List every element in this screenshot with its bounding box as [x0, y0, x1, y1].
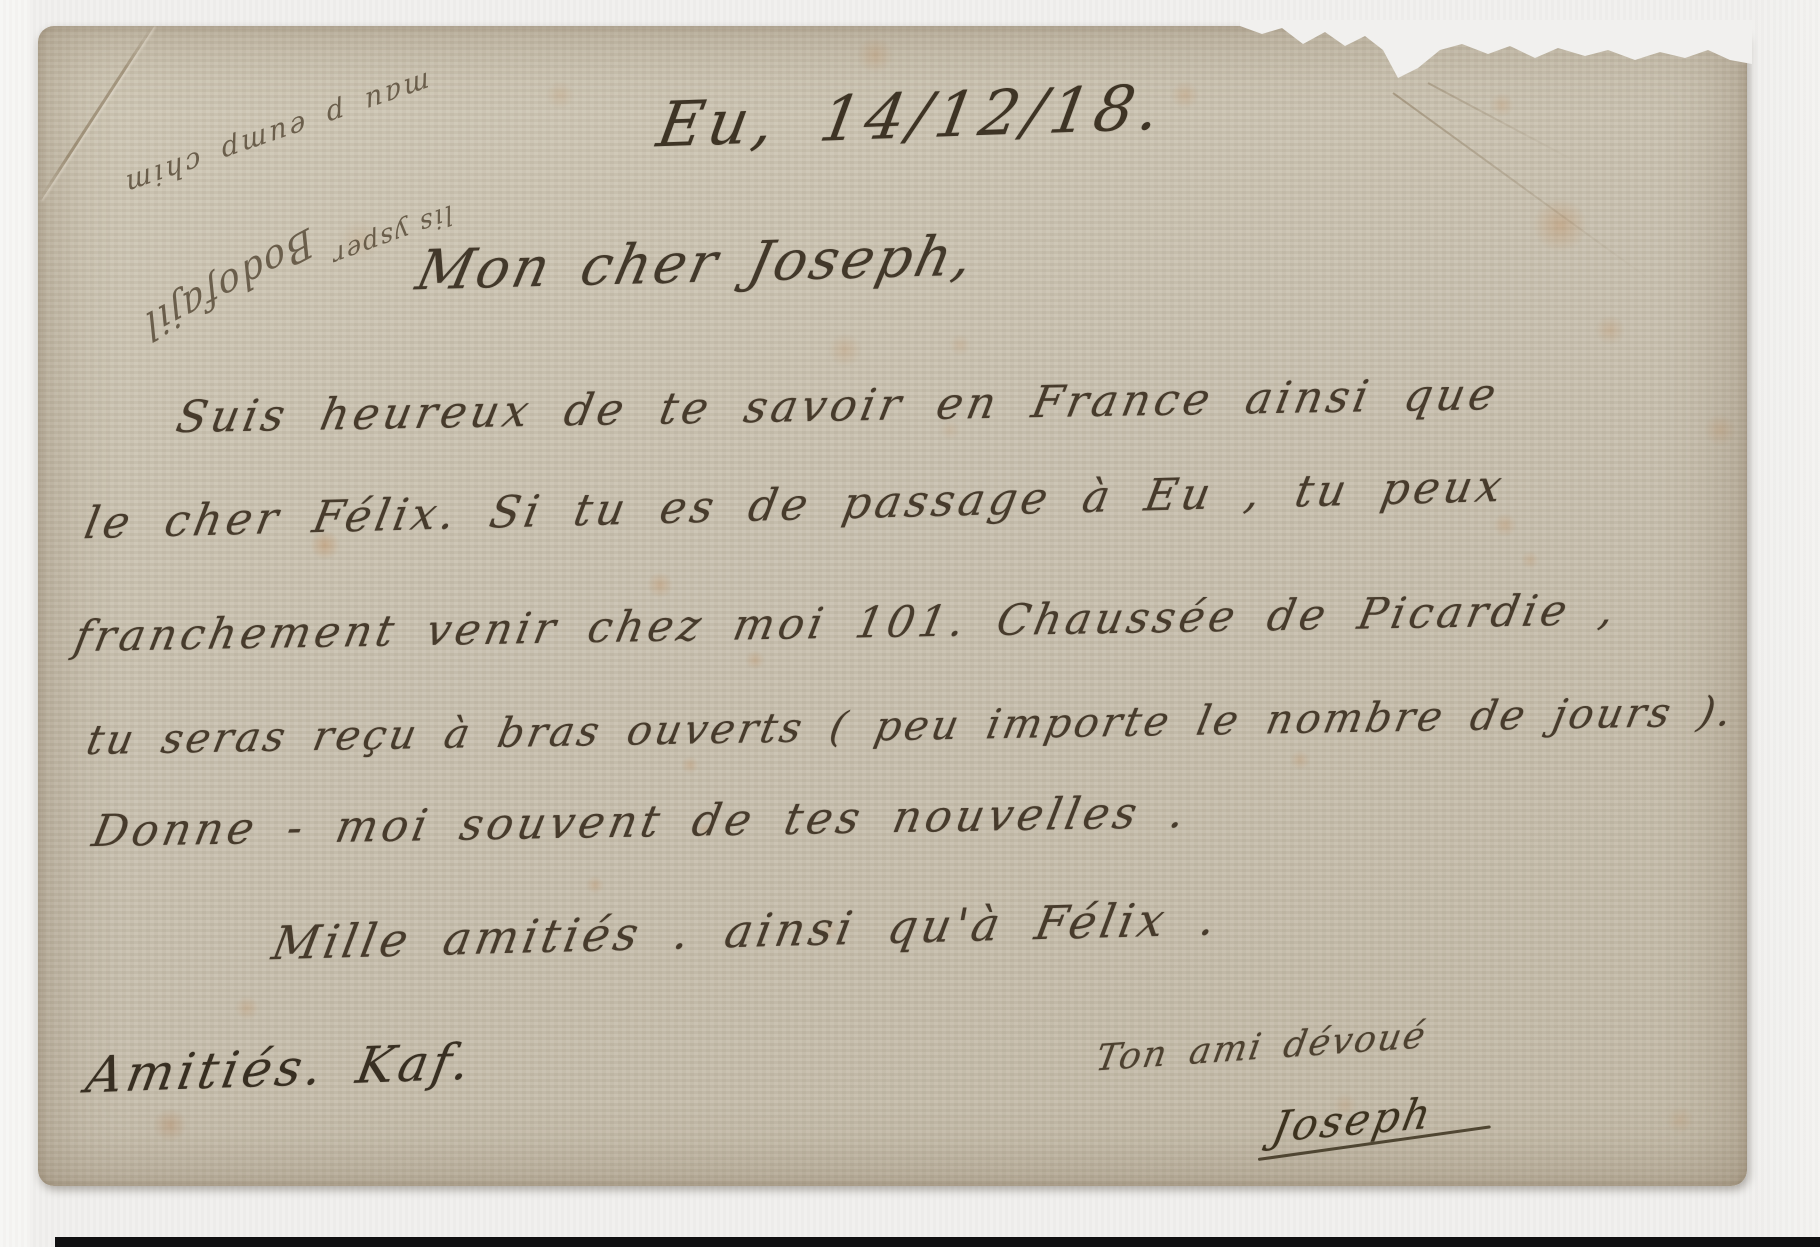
scanned-postcard-image: mau p eump chim lis ysper Bodofajil Eu, … [0, 0, 1820, 1247]
scanner-edge-bar [55, 1237, 1820, 1247]
